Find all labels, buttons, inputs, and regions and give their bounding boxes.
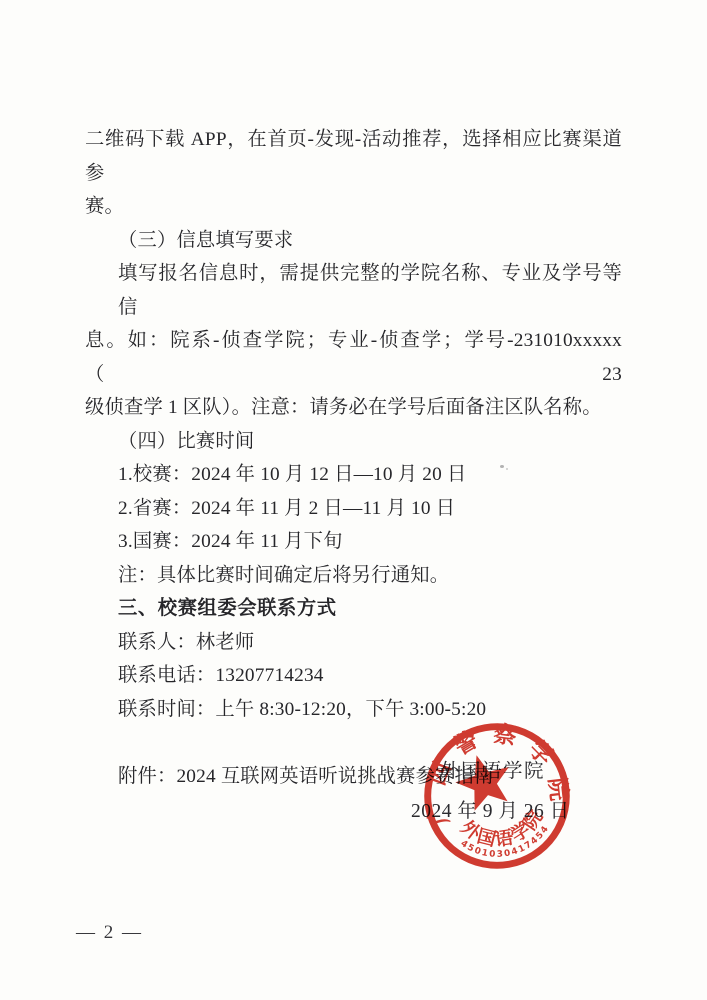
body-line: 息。如：院系-侦查学院；专业-侦查学；学号-231010xxxxx（23 — [85, 324, 622, 391]
official-seal: 广西警察学院 外国语学院 4501030417454 — [408, 707, 586, 885]
body-line: 级侦查学 1 区队）。注意：请务必在学号后面备注区队名称。 — [85, 391, 622, 425]
contact-phone: 联系电话：13207714234 — [85, 659, 622, 693]
document-body: 二维码下载 APP，在首页-发现-活动推荐，选择相应比赛渠道参 赛。 （三）信息… — [85, 123, 622, 793]
section-heading-3: （三）信息填写要求 — [85, 224, 622, 258]
body-line: 赛。 — [85, 190, 622, 224]
schedule-note: 注：具体比赛时间确定后将另行通知。 — [85, 559, 622, 593]
body-line: 填写报名信息时，需提供完整的学院名称、专业及学号等信 — [85, 257, 622, 324]
schedule-item-province: 2.省赛：2024 年 11 月 2 日—11 月 10 日 — [85, 492, 622, 526]
page-number: — 2 — — [76, 922, 143, 944]
schedule-item-national: 3.国赛：2024 年 11 月下旬 — [85, 525, 622, 559]
schedule-item-school: 1.校赛：2024 年 10 月 12 日—10 月 20 日 — [85, 458, 622, 492]
contact-person: 联系人：林老师 — [85, 626, 622, 660]
body-line: 二维码下载 APP，在首页-发现-活动推荐，选择相应比赛渠道参 — [85, 123, 622, 190]
scan-speck — [500, 465, 504, 468]
section-heading-4: （四）比赛时间 — [85, 425, 622, 459]
contact-section-heading: 三、校赛组委会联系方式 — [85, 592, 622, 626]
seal-star-icon — [450, 748, 518, 814]
scanned-document-page: 二维码下载 APP，在首页-发现-活动推荐，选择相应比赛渠道参 赛。 （三）信息… — [0, 0, 707, 1000]
scan-speck — [506, 468, 508, 470]
